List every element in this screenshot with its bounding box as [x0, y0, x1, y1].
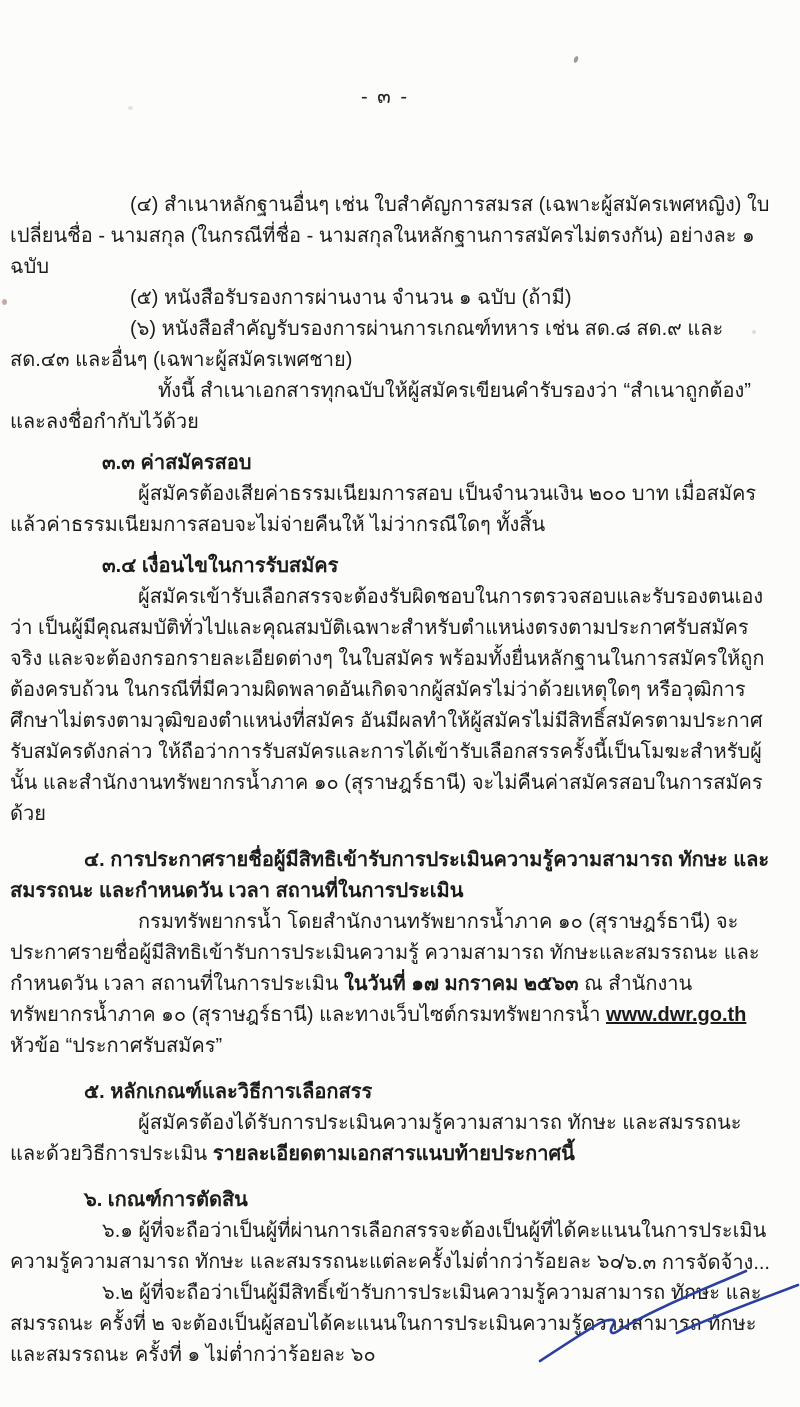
attachment-item-4: (๔) สำเนาหลักฐานอื่นๆ เช่น ใบสำคัญการสมร…	[10, 190, 772, 283]
page-number: - ๓ -	[0, 80, 770, 112]
section-5-text-bold: รายละเอียดตามเอกสารแนบท้ายประกาศนี้	[213, 1143, 575, 1165]
handwritten-signature	[505, 1258, 800, 1373]
scan-speck	[128, 106, 133, 110]
document-body: (๔) สำเนาหลักฐานอื่นๆ เช่น ใบสำคัญการสมร…	[10, 190, 772, 1371]
website-link[interactable]: www.dwr.go.th	[606, 1004, 746, 1026]
section-3-3-paragraph: ผู้สมัครต้องเสียค่าธรรมเนียมการสอบ เป็นจ…	[10, 479, 772, 541]
section-4-text-post: หัวข้อ “ประกาศรับสมัคร”	[10, 1035, 222, 1057]
attachment-item-6: (๖) หนังสือสำคัญรับรองการผ่านการเกณฑ์ทหา…	[10, 314, 772, 376]
section-6-heading: ๖. เกณฑ์การตัดสิน	[10, 1185, 772, 1216]
section-5-heading: ๕. หลักเกณฑ์และวิธีการเลือกสรร	[10, 1077, 772, 1108]
section-4-paragraph: กรมทรัพยากรน้ำ โดยสำนักงานทรัพยากรน้ำภาค…	[10, 907, 772, 1062]
section-4-heading: ๔. การประกาศรายชื่อผู้มีสิทธิเข้ารับการป…	[10, 845, 772, 907]
section-4-announcement-date: ในวันที่ ๑๗ มกราคม ๒๕๖๓	[344, 973, 578, 995]
attachment-item-5: (๕) หนังสือรับรองการผ่านงาน จำนวน ๑ ฉบับ…	[10, 283, 772, 314]
scanned-document-page: - ๓ - (๔) สำเนาหลักฐานอื่นๆ เช่น ใบสำคัญ…	[0, 0, 800, 1407]
scan-speck	[573, 56, 579, 64]
section-3-4-paragraph: ผู้สมัครเข้ารับเลือกสรรจะต้องรับผิดชอบใน…	[10, 582, 772, 830]
scan-speck	[2, 299, 7, 305]
certified-copy-note: ทั้งนี้ สำเนาเอกสารทุกฉบับให้ผู้สมัครเขี…	[10, 376, 772, 438]
section-3-3-heading: ๓.๓ ค่าสมัครสอบ	[10, 448, 772, 479]
section-5-paragraph: ผู้สมัครต้องได้รับการประเมินความรู้ความส…	[10, 1108, 772, 1170]
section-3-4-heading: ๓.๔ เงื่อนไขในการรับสมัคร	[10, 551, 772, 582]
